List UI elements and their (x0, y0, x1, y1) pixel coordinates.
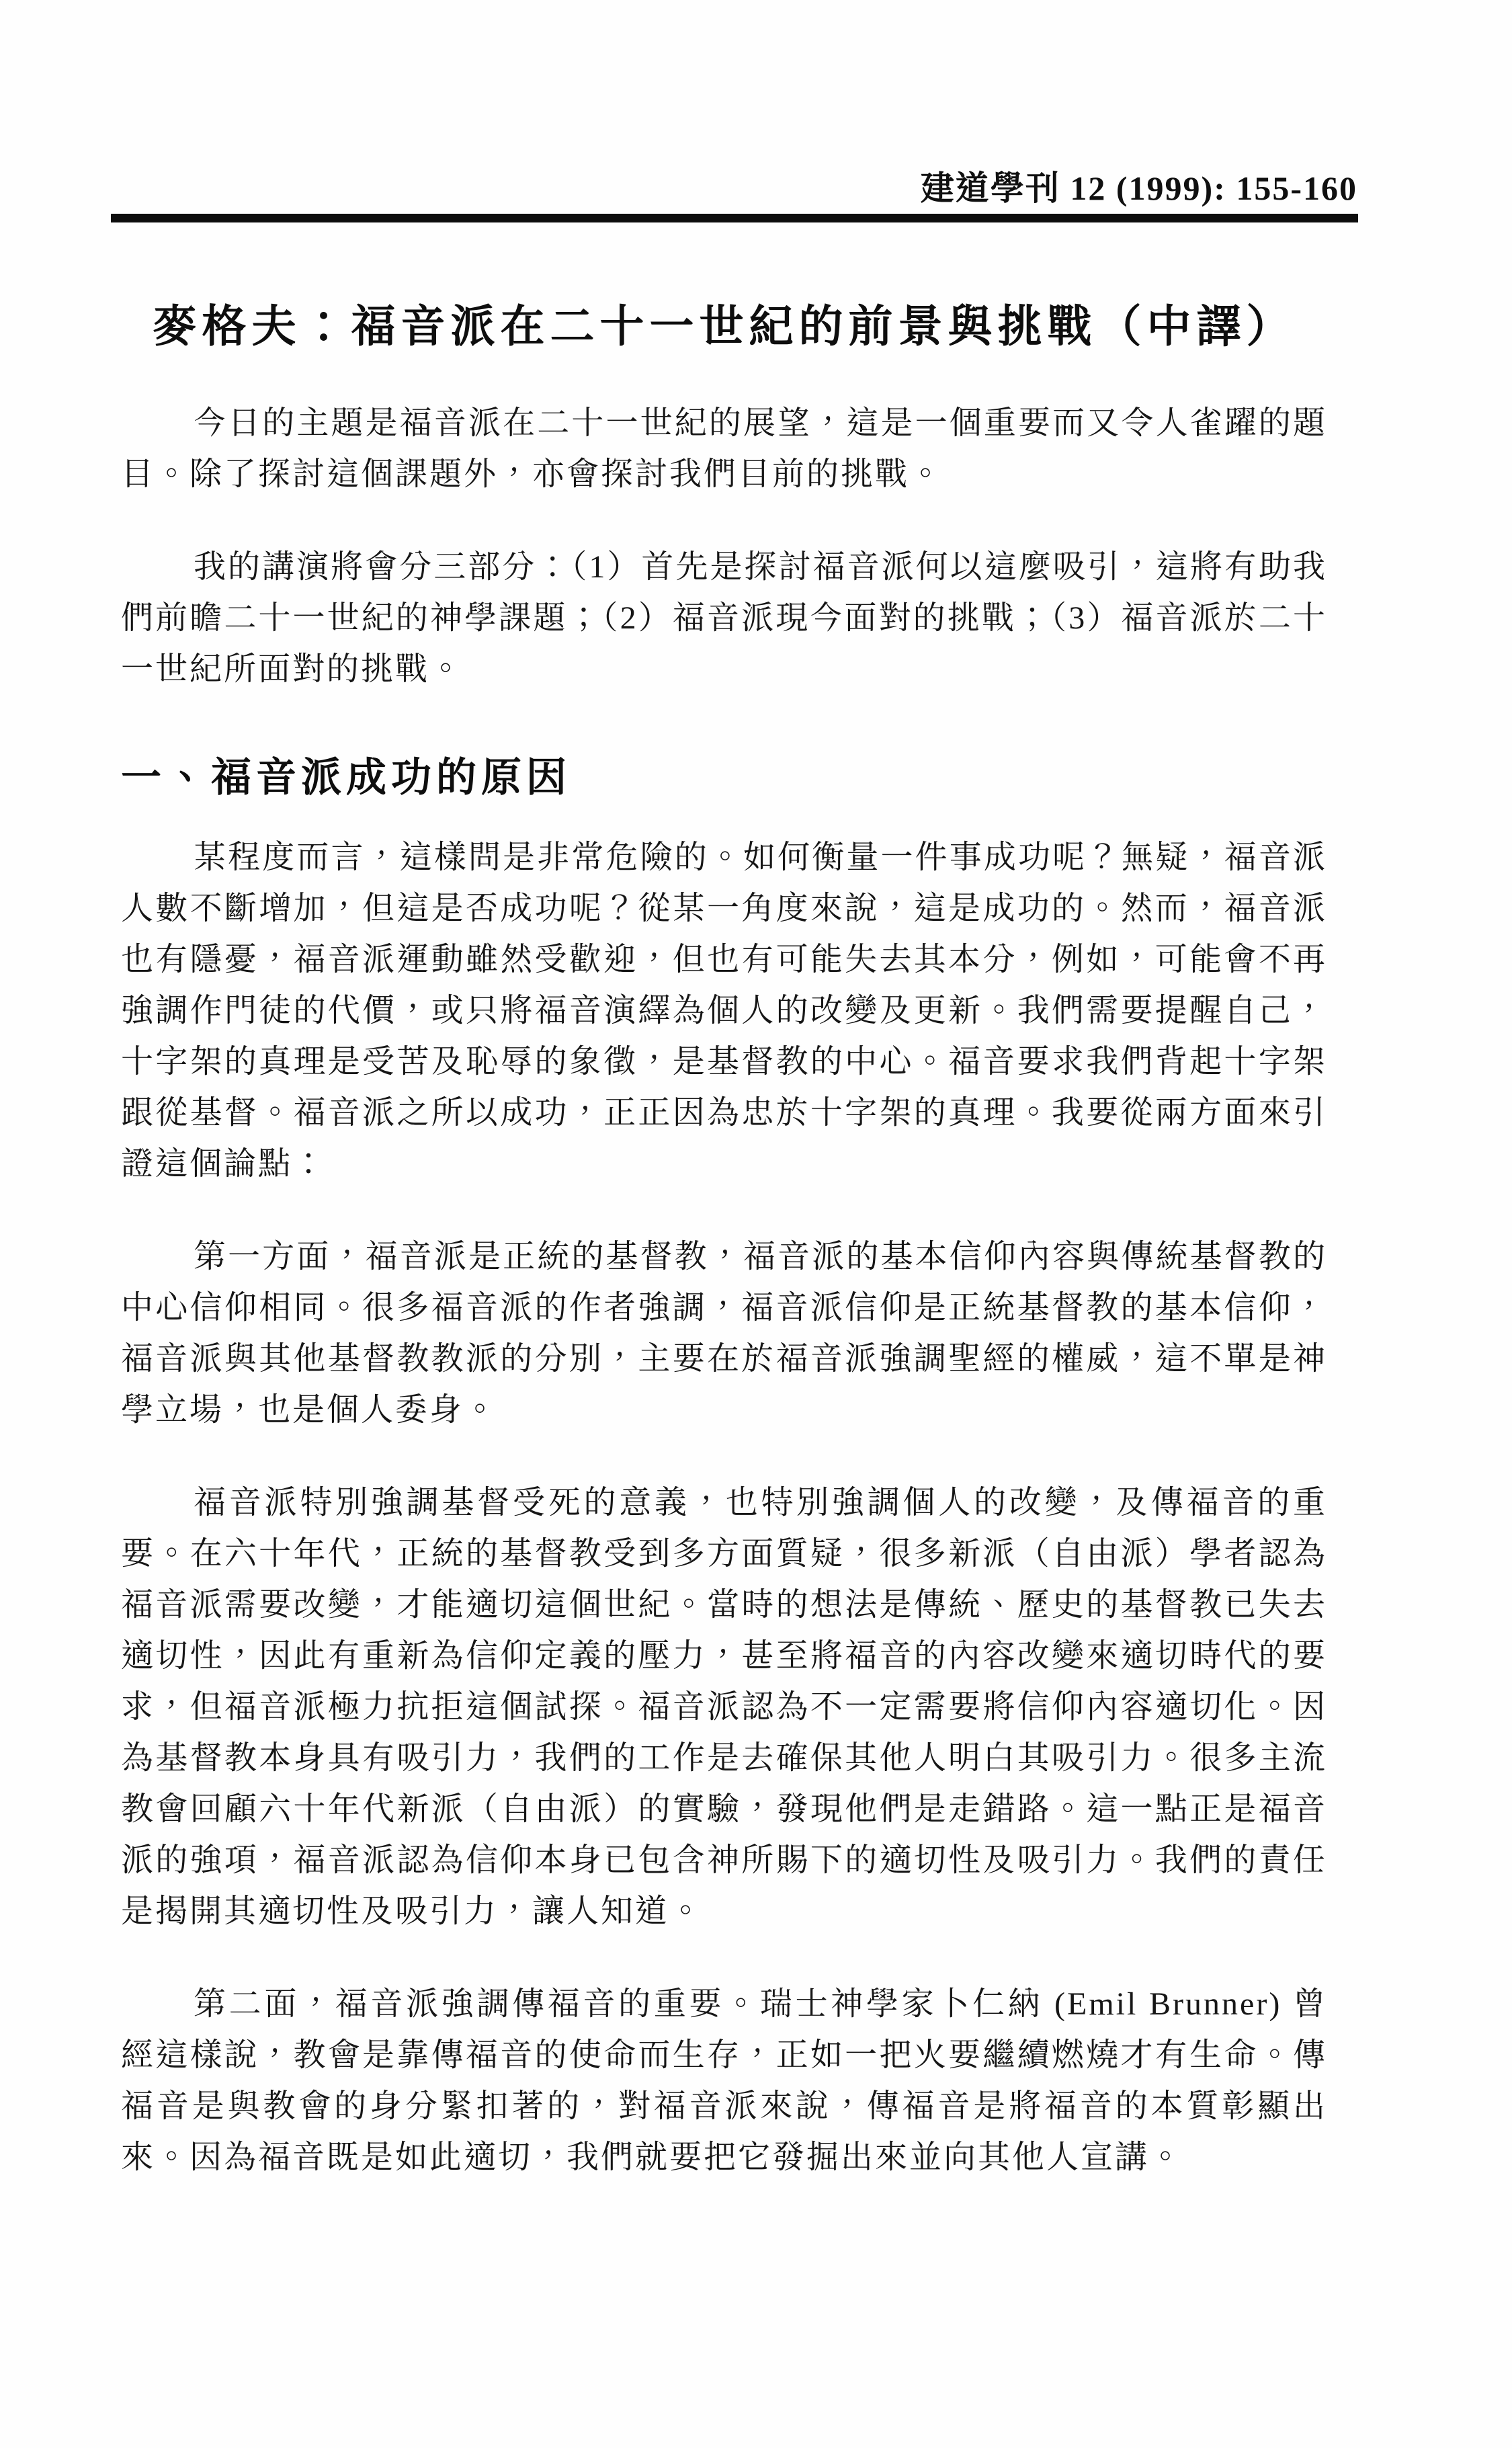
header-rule (111, 214, 1358, 222)
intro-paragraph-2: 我的講演將會分三部分：（1）首先是探討福音派何以這麼吸引，這將有助我們前瞻二十一… (121, 542, 1327, 695)
section1-paragraph-3: 福音派特別強調基督受死的意義，也特別強調個人的改變，及傳福音的重要。在六十年代，… (121, 1477, 1327, 1937)
article-body: 麥格夫：福音派在二十一世紀的前景與挑戰（中譯） 今日的主題是福音派在二十一世紀的… (121, 301, 1327, 2183)
section1-paragraph-1: 某程度而言，這樣問是非常危險的。如何衡量一件事成功呢？無疑，福音派人數不斷增加，… (121, 832, 1327, 1190)
section1-paragraph-2: 第一方面，福音派是正統的基督教，福音派的基本信仰內容與傳統基督教的中心信仰相同。… (121, 1231, 1327, 1436)
section1-paragraph-4: 第二面，福音派強調傳福音的重要。瑞士神學家卜仁納 (Emil Brunner) … (121, 1979, 1327, 2183)
scanned-journal-page: 建道學刊 12 (1999): 155-160 麥格夫：福音派在二十一世紀的前景… (0, 0, 1512, 2448)
journal-citation: 建道學刊 12 (1999): 155-160 (921, 161, 1357, 210)
section-heading-1: 一、福音派成功的原因 (121, 754, 1327, 801)
intro-paragraph-1: 今日的主題是福音派在二十一世紀的展望，這是一個重要而又令人雀躍的題目。除了探討這… (121, 398, 1327, 500)
article-title: 麥格夫：福音派在二十一世紀的前景與挑戰（中譯） (121, 301, 1327, 352)
